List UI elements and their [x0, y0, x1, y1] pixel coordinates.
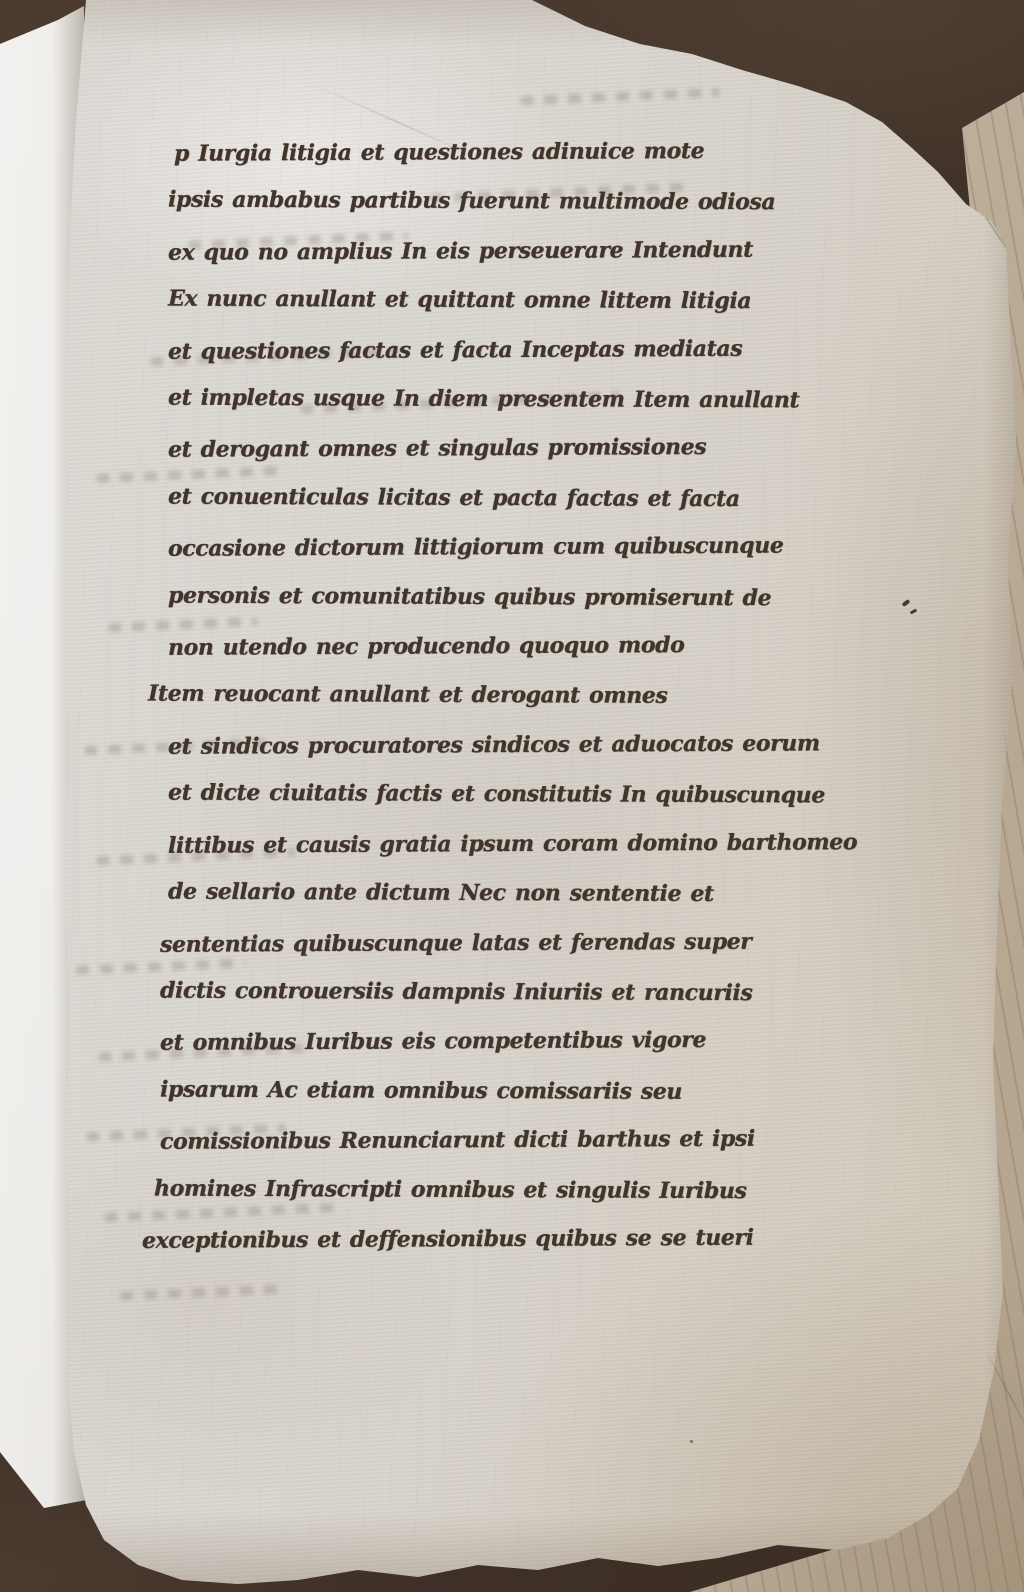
- ink-speck: [910, 608, 918, 614]
- text-line: Ex nunc anullant et quittant omne littem…: [168, 275, 836, 327]
- ink-speck: [902, 599, 911, 607]
- text-line: et impletas usque In diem presentem Item…: [168, 374, 836, 426]
- ink-speck: [690, 1440, 693, 1443]
- text-line: littibus et causis gratia ipsum coram do…: [168, 818, 836, 871]
- text-line: ex quo no amplius In eis perseuerare Int…: [168, 225, 836, 278]
- text-line: homines Infrascripti omnibus et singulis…: [154, 1164, 836, 1216]
- text-line: p Iurgia litigia et questiones adinuice …: [174, 126, 836, 179]
- text-line: et sindicos procuratores sindicos et adu…: [168, 719, 836, 772]
- text-line: ipsarum Ac etiam omnibus comissariis seu: [160, 1065, 836, 1117]
- text-line: exceptionibus et deffensionibus quibus s…: [142, 1213, 836, 1266]
- text-line: Item reuocant anullant et derogant omnes: [148, 670, 836, 722]
- text-line: et conuenticulas licitas et pacta factas…: [168, 472, 836, 524]
- ghost-line: [520, 88, 720, 106]
- manuscript-page: p Iurgia litigia et questiones adinuice …: [0, 0, 1024, 1592]
- text-line: de sellario ante dictum Nec non sententi…: [168, 868, 836, 920]
- text-line: ipsis ambabus partibus fuerunt multimode…: [168, 176, 836, 228]
- text-line: sententias quibuscunque latas et ferenda…: [160, 917, 836, 970]
- text-line: et derogant omnes et singulas promission…: [168, 423, 836, 476]
- text-line: dictis controuersiis dampnis Iniuriis et…: [160, 966, 836, 1018]
- ghost-line: [120, 1285, 280, 1301]
- text-line: non utendo nec producendo quoquo modo: [168, 620, 836, 673]
- text-line: et questiones factas et facta Inceptas m…: [168, 324, 836, 377]
- text-line: comissionibus Renunciarunt dicti barthus…: [160, 1114, 836, 1167]
- text-line: et omnibus Iuribus eis competentibus vig…: [160, 1016, 836, 1069]
- text-block: p Iurgia litigia et questiones adinuice …: [168, 128, 836, 1264]
- photo-background: p Iurgia litigia et questiones adinuice …: [0, 0, 1024, 1592]
- text-line: et dicte ciuitatis factis et constitutis…: [168, 769, 836, 821]
- text-line: occasione dictorum littigiorum cum quibu…: [168, 522, 836, 575]
- text-line: personis et comunitatibus quibus promise…: [168, 571, 836, 623]
